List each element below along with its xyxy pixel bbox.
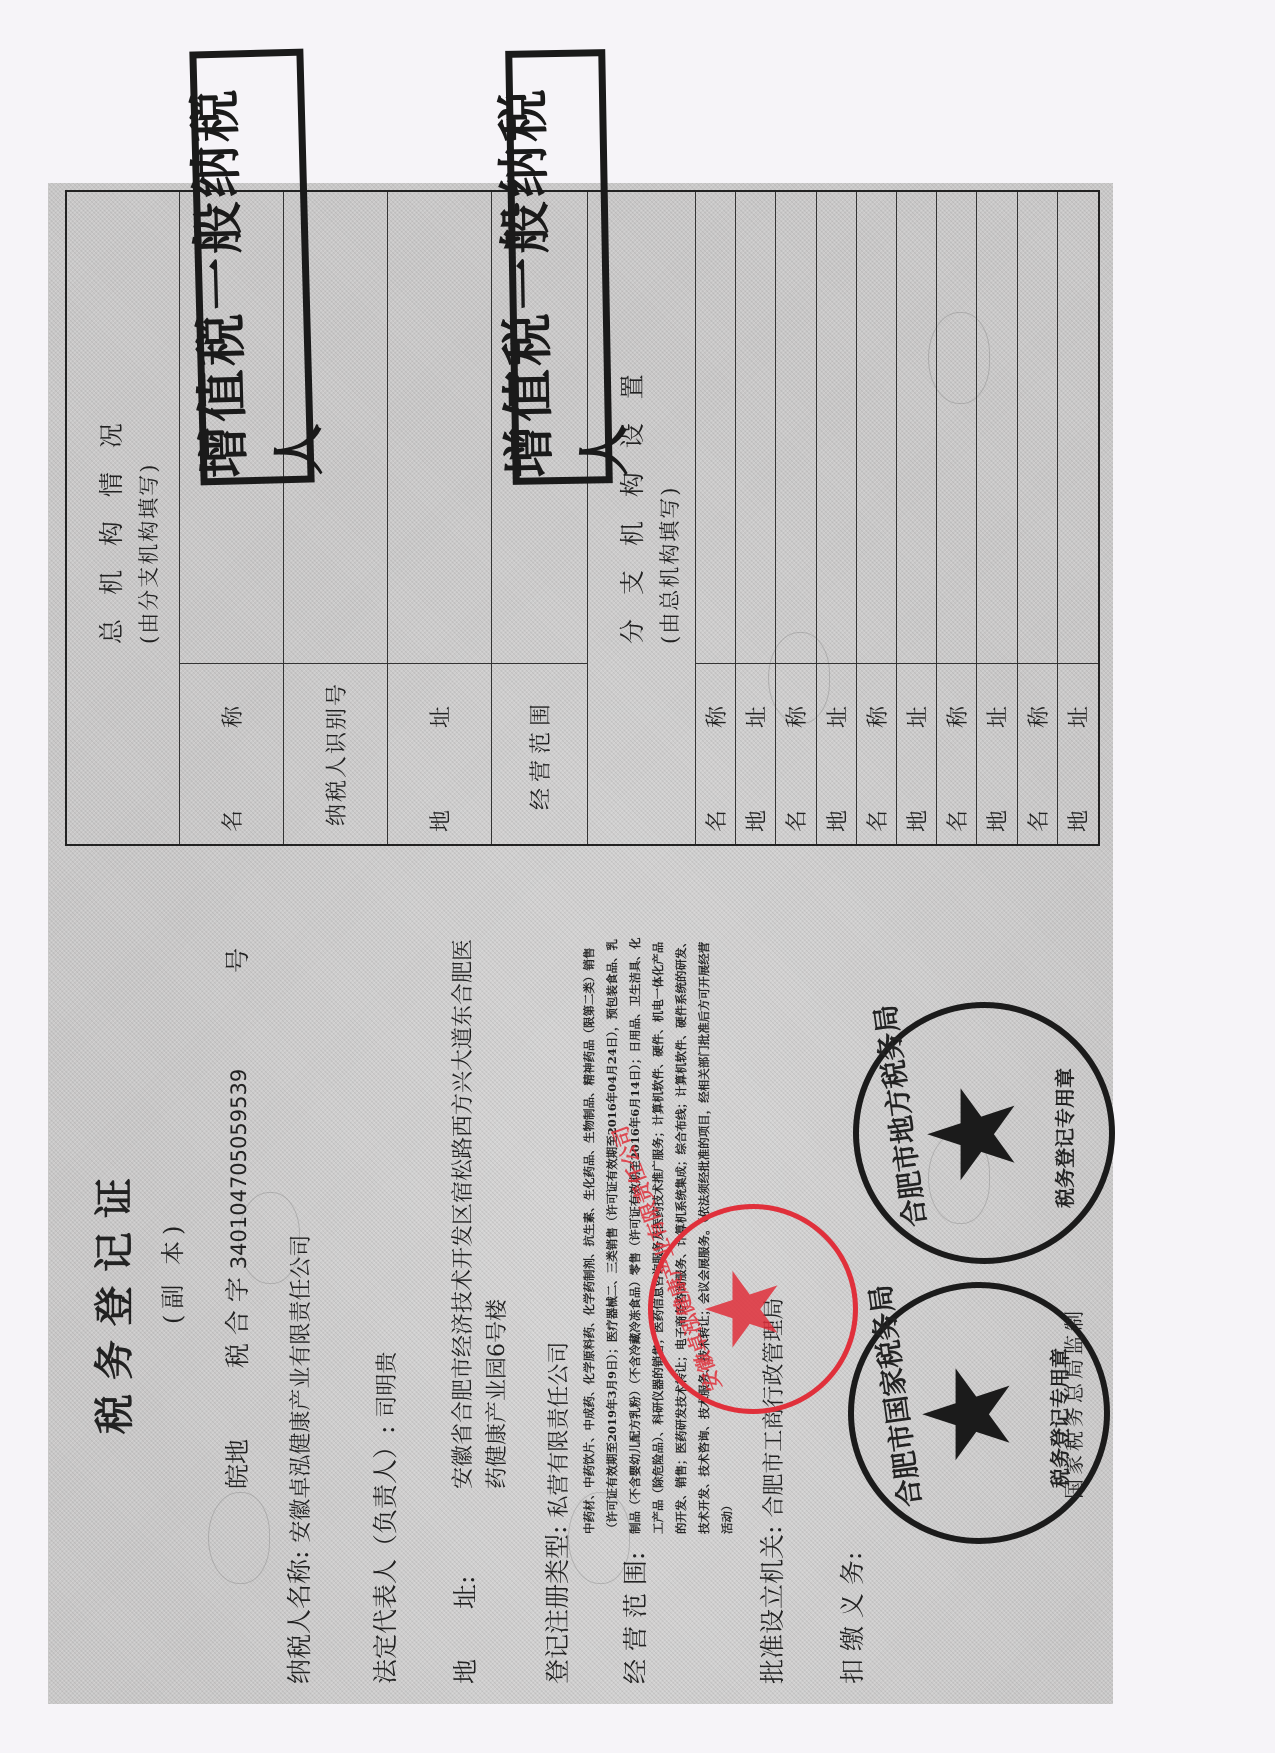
taxpayer-name-label: 纳税人名称: (285, 1551, 314, 1684)
table-row: 地 址 (388, 192, 492, 844)
certificate-title: 税务登记证 (83, 1164, 140, 1434)
legal-rep-row: 法定代表人（负责人）: 司明贵 (366, 1352, 402, 1684)
table-row: 地 址 (1058, 192, 1098, 844)
number-suffix: 号 (223, 948, 252, 973)
row-label: 经营范围 (492, 663, 587, 844)
row-label: 名 称 (180, 663, 283, 844)
row-label: 名 称 (1018, 663, 1057, 844)
vat-stamp-branches: 增值税一般纳税人 (505, 49, 613, 485)
cert-number-line: 皖地 税 合 字 340104705059539 号 (218, 948, 254, 1489)
row-label: 名 称 (776, 663, 815, 844)
black-star-icon: ★ (909, 1360, 1029, 1468)
legal-rep: 司明贵 (375, 1352, 400, 1418)
branches-subtitle: (由总机构填写) (654, 486, 684, 644)
approving-authority-label: 批准设立机关: (758, 1526, 787, 1684)
head-office-header: 总 机 构 情 况 (由分支机构填写) (67, 192, 180, 844)
address-row: 地 址: (446, 1576, 482, 1684)
table-row: 地 址 (817, 192, 857, 844)
row-label: 名 称 (937, 663, 976, 844)
reg-type-label: 登记注册类型: (543, 1526, 572, 1684)
watermark-ornament (208, 1492, 270, 1584)
tax-number: 340104705059539 (227, 1069, 251, 1269)
table-row: 名 称 (776, 192, 816, 844)
address-line1: 安徽省合肥市经济技术开发区宿松路西方兴大道东合肥医 (446, 939, 477, 1489)
prefix-type: 税 合 字 (223, 1277, 252, 1368)
taxpayer-name: 安徽卓泓健康产业有限责任公司 (289, 1235, 314, 1543)
head-office-title: 总 机 构 情 况 (92, 415, 128, 644)
table-row: 名 称 (857, 192, 897, 844)
table-row: 名 称 (696, 192, 736, 844)
supervision-note: 国家税务总局监制 (1058, 1307, 1087, 1499)
row-label: 名 称 (857, 663, 896, 844)
tax-registration-certificate: 税务登记证 (副 本) 皖地 税 合 字 340104705059539 号 纳… (48, 183, 1113, 1704)
row-label: 地 址 (897, 663, 936, 844)
table-row: 名 称 (1018, 192, 1058, 844)
table-row: 地 址 (736, 192, 776, 844)
address-line2: 药健康产业园6号楼 (480, 1299, 511, 1489)
reg-type-row: 登记注册类型: 私营有限责任公司 (538, 1342, 574, 1684)
company-seal: ★ 安徽卓泓健康产业有限责任公司 (648, 1204, 858, 1414)
reg-type: 私营有限责任公司 (547, 1342, 572, 1518)
address-label: 地 址: (451, 1576, 480, 1684)
row-label: 地 址 (817, 663, 856, 844)
table-row: 名 称 (937, 192, 977, 844)
table-row: 地 址 (977, 192, 1017, 844)
copy-type: (副 本) (153, 1220, 188, 1324)
local-tax-seal-subtext: 税务登记专用章 (1049, 1068, 1078, 1208)
black-star-icon: ★ (914, 1080, 1034, 1188)
local-tax-seal: ★ 合肥市地方税务局 税务登记专用章 (853, 1002, 1115, 1264)
taxpayer-name-row: 纳税人名称: 安徽卓泓健康产业有限责任公司 (280, 1235, 316, 1684)
row-label: 地 址 (977, 663, 1016, 844)
business-scope-label: 经 营 范 围: (616, 1552, 652, 1684)
table-row: 地 址 (897, 192, 937, 844)
row-label: 名 称 (696, 663, 735, 844)
prefix-region: 皖地 (223, 1439, 252, 1489)
legal-rep-label: 法定代表人（负责人）: (371, 1426, 400, 1684)
row-label: 地 址 (736, 663, 775, 844)
row-label: 纳税人识别号 (284, 663, 387, 844)
head-office-subtitle: (由分支机构填写) (133, 463, 163, 644)
row-label: 地 址 (1058, 663, 1098, 844)
vat-stamp-head-office: 增值税一般纳税人 (189, 49, 314, 486)
institution-table: 总 机 构 情 况 (由分支机构填写) 名 称 纳税人识别号 地 址 经营范围 … (65, 190, 1100, 846)
withholding-label: 扣 缴 义 务: (833, 1552, 869, 1684)
row-label: 地 址 (388, 663, 491, 844)
